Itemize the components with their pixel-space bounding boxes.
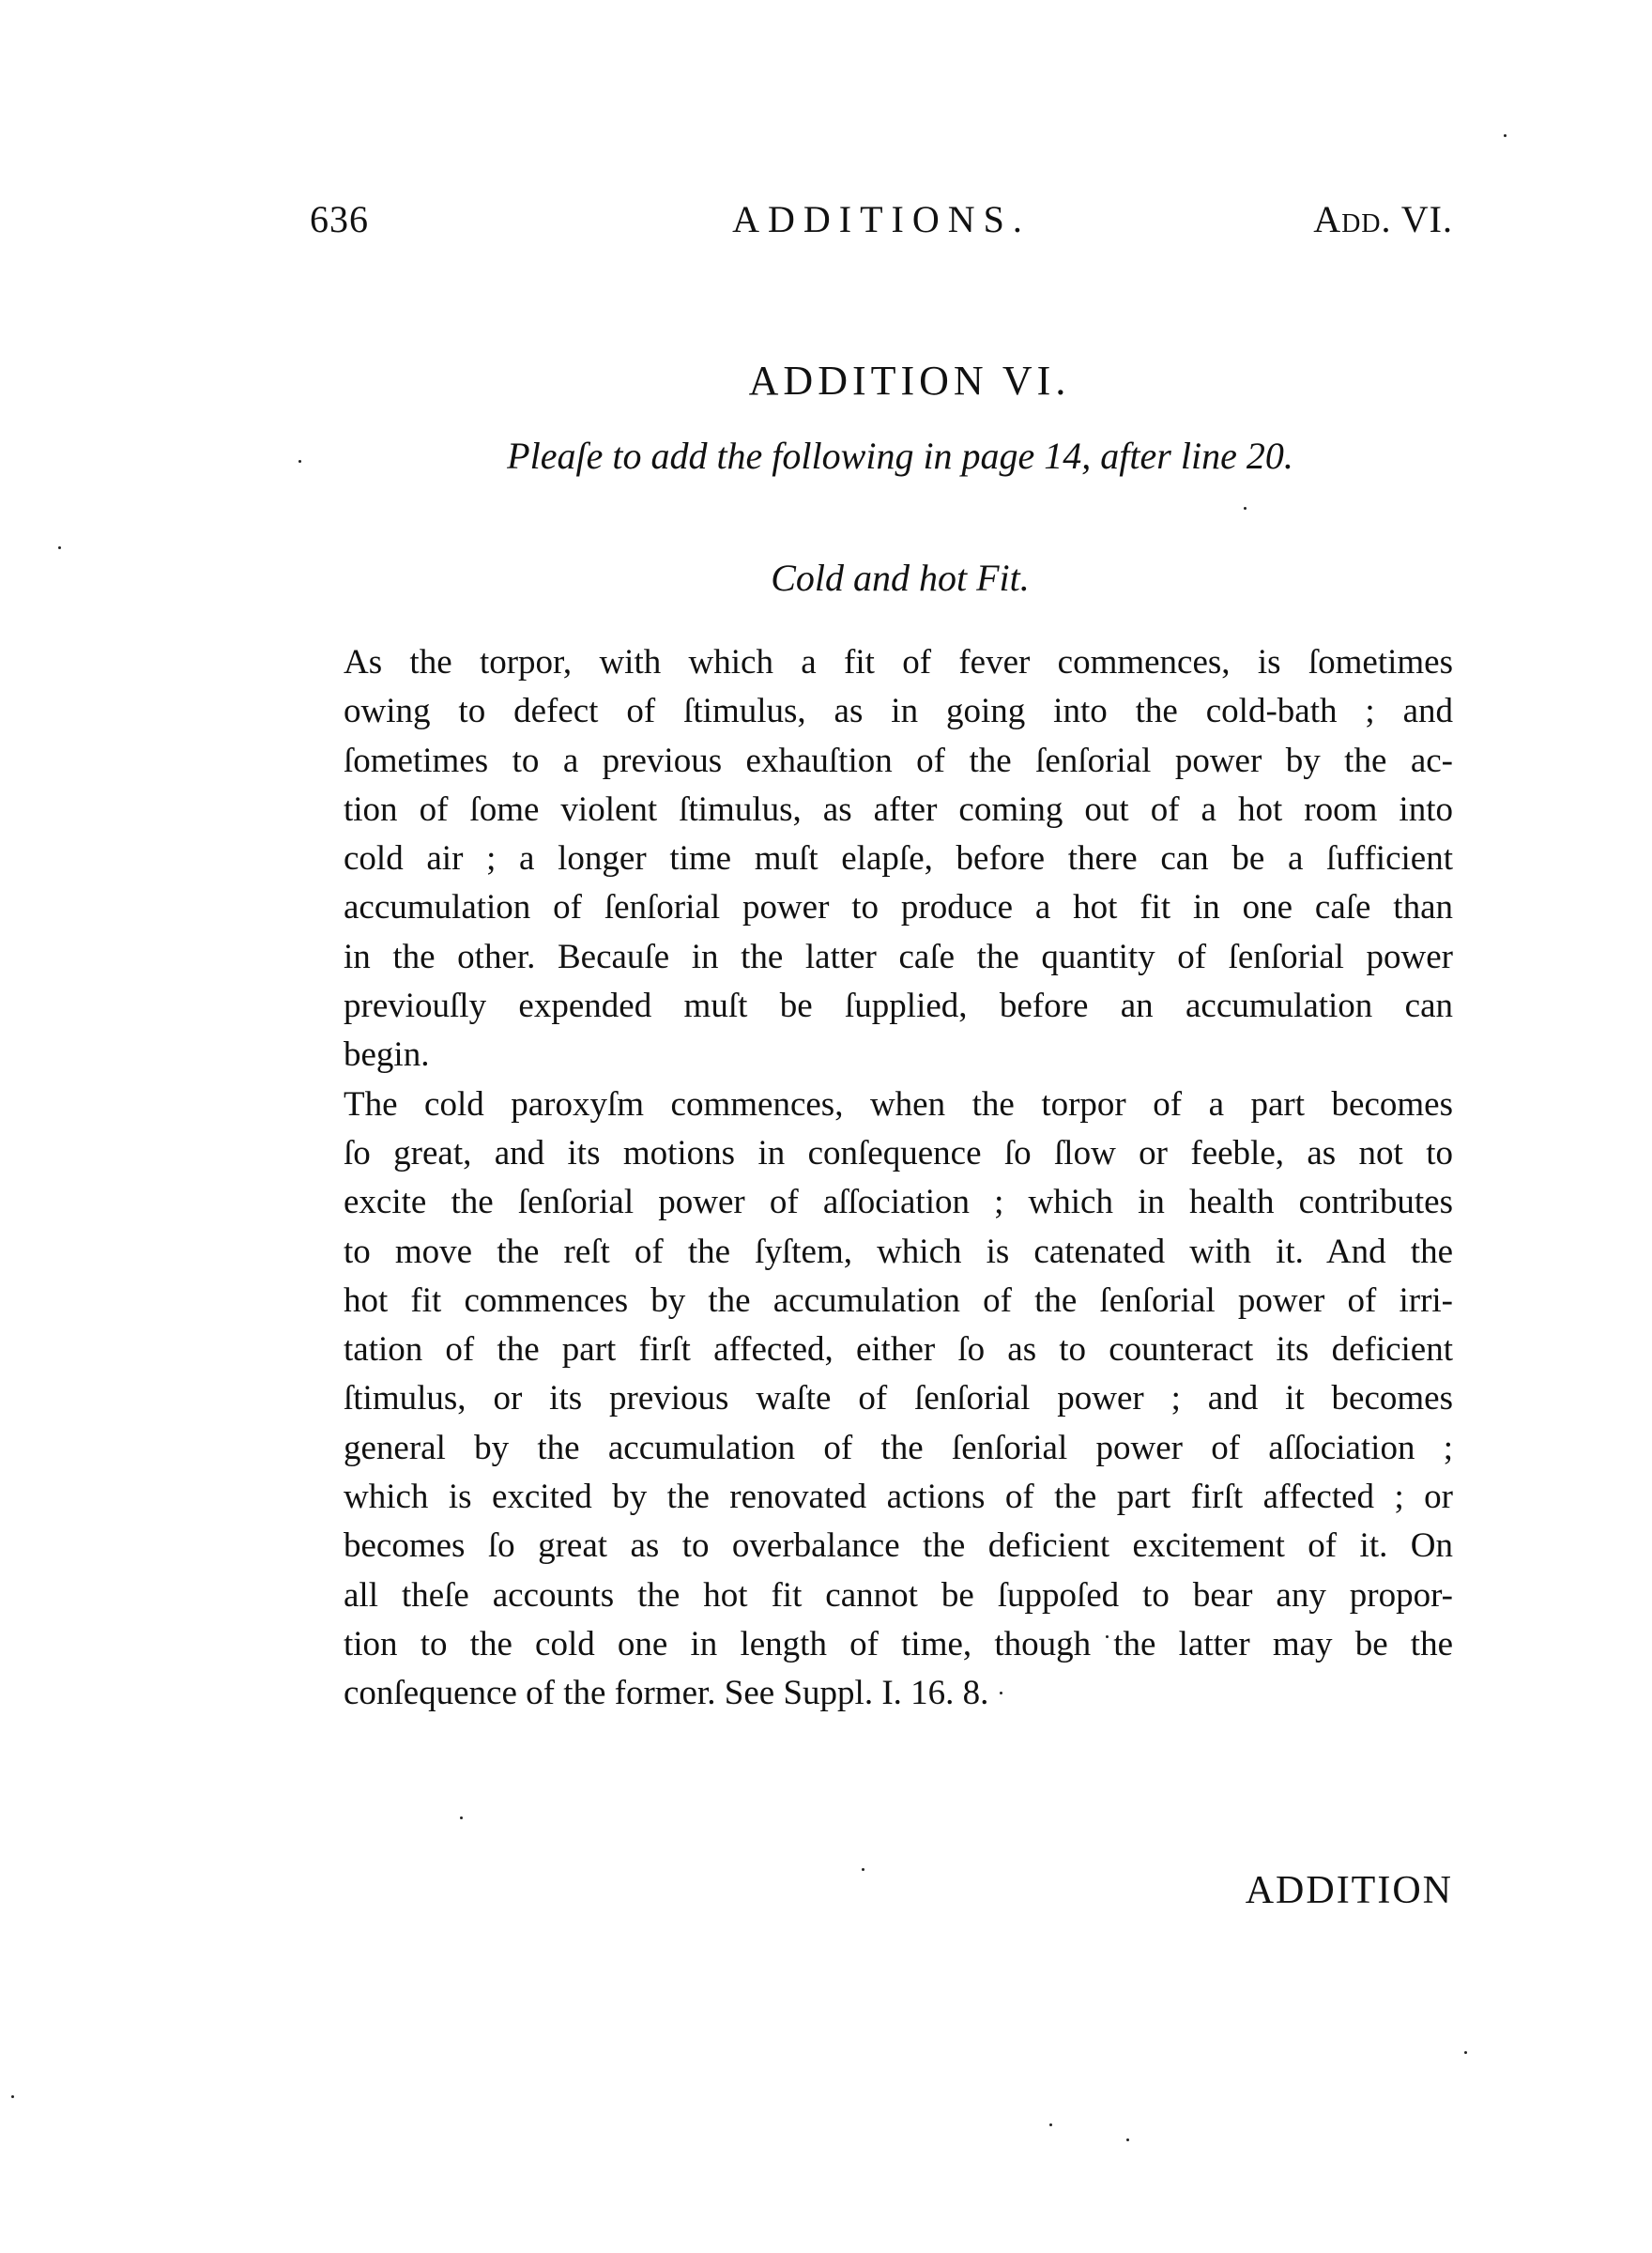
scan-speck — [1049, 2123, 1052, 2126]
text-line: conſequence of the former. See Suppl. I.… — [310, 1669, 1453, 1718]
text-line: previouſly expended muſt be ſupplied, be… — [310, 982, 1453, 1031]
text-line: all theſe accounts the hot fit cannot be… — [310, 1571, 1453, 1620]
text-line: The cold paroxyſm commences, when the to… — [310, 1081, 1453, 1129]
insertion-instruction: Pleaſe to add the following in page 14, … — [310, 434, 1453, 478]
addition-heading: ADDITION VI. — [310, 357, 1453, 405]
scan-speck — [298, 460, 301, 463]
text-line: ſtimulus, or its previous waſte of ſenſo… — [310, 1374, 1453, 1423]
text-line: tion to the cold one in length of time, … — [310, 1620, 1453, 1669]
scan-speck — [1504, 134, 1507, 137]
text-line: begin. — [310, 1031, 1453, 1080]
body-text: As the torpor, with which a fit of fever… — [310, 638, 1453, 1719]
text-line: to move the reſt of the ſyſtem, which is… — [310, 1228, 1453, 1277]
scan-speck — [862, 1868, 864, 1871]
text-line: becomes ſo great as to overbalance the d… — [310, 1522, 1453, 1571]
scan-speck — [11, 2095, 14, 2098]
running-section-label: Add. VI. — [1313, 197, 1453, 241]
scan-speck — [1244, 507, 1247, 510]
text-line: tation of the part firſt affected, eithe… — [310, 1326, 1453, 1374]
text-line: As the torpor, with which a fit of fever… — [310, 638, 1453, 687]
book-page: 636 ADDITIONS. Add. VI. ADDITION VI. Ple… — [0, 0, 1652, 2253]
scan-speck — [58, 546, 61, 549]
text-line: accumulation of ſenſorial power to produ… — [310, 883, 1453, 932]
section-title: Cold and hot Fit. — [310, 556, 1453, 600]
text-line: general by the accumulation of the ſenſo… — [310, 1424, 1453, 1473]
text-line: excite the ſenſorial power of aſſociatio… — [310, 1178, 1453, 1227]
text-line: in the other. Becauſe in the latter caſe… — [310, 933, 1453, 982]
scan-speck — [1000, 1692, 1002, 1694]
scan-speck — [1106, 1635, 1109, 1638]
paragraph-2: The cold paroxyſm commences, when the to… — [310, 1081, 1453, 1719]
running-title: ADDITIONS. — [310, 197, 1453, 241]
text-line: owing to defect of ſtimulus, as in going… — [310, 687, 1453, 736]
paragraph-1: As the torpor, with which a fit of fever… — [310, 638, 1453, 1081]
running-header: 636 ADDITIONS. Add. VI. — [310, 197, 1453, 253]
text-line: cold air ; a longer time muſt elapſe, be… — [310, 835, 1453, 883]
catchword: ADDITION — [1246, 1868, 1453, 1913]
scan-speck — [1126, 2138, 1129, 2141]
text-line: ſo great, and its motions in conſequence… — [310, 1129, 1453, 1178]
text-line: ſometimes to a previous exhauſtion of th… — [310, 737, 1453, 786]
text-line: which is excited by the renovated action… — [310, 1473, 1453, 1522]
text-line: tion of ſome violent ſtimulus, as after … — [310, 786, 1453, 835]
scan-speck — [460, 1816, 463, 1819]
scan-speck — [1464, 2051, 1467, 2054]
text-line: hot fit commences by the accumulation of… — [310, 1277, 1453, 1326]
